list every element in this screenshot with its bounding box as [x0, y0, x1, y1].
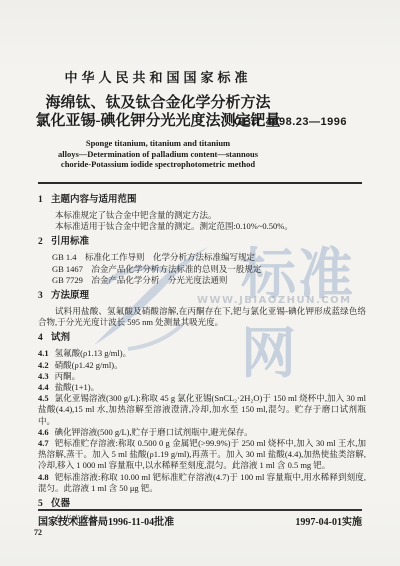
clause-4.3: 4.3丙酮。	[38, 371, 366, 382]
national-standard-label: 中华人民共和国国家标准	[28, 67, 288, 86]
header-rule	[38, 182, 362, 184]
clause-4.2: 4.2硝酸(ρ1.42 g/ml)。	[38, 360, 366, 371]
document-page: 标准网 WWW.JBIAOZHUN.COM 中华人民共和国国家标准 海绵钛、钛及…	[0, 0, 400, 566]
section-heading: 2引用标准	[38, 237, 366, 248]
clause-number: 4.3	[38, 371, 49, 381]
clause-number: 4.1	[38, 348, 49, 358]
clause-number: 4.5	[38, 393, 49, 403]
section-number: 2	[38, 237, 51, 248]
section-number: 4	[38, 333, 51, 344]
section-heading: 1主题内容与适用范围	[38, 195, 366, 206]
implementation-note: 1997-04-01实施	[295, 513, 362, 528]
footer: 国家技术监督局1996-11-04批准 1997-04-01实施	[38, 513, 362, 528]
paragraph: 本标准规定了钛合金中钯含量的测定方法。	[38, 210, 366, 221]
approval-note: 国家技术监督局1996-11-04批准	[38, 513, 174, 528]
section-heading: 4试剂	[38, 333, 366, 344]
clause-4.1: 4.1氢氟酸(ρ1.13 g/ml)。	[38, 348, 366, 359]
clause-number: 4.7	[38, 438, 49, 448]
section-4: 4试剂4.1氢氟酸(ρ1.13 g/ml)。4.2硝酸(ρ1.42 g/ml)。…	[38, 333, 366, 494]
clause-number: 4.8	[38, 472, 49, 482]
footer-rule	[38, 509, 362, 511]
title-chinese-line1: 海绵钛、钛及钛合金化学分析方法	[8, 94, 308, 112]
title-english-line1: Sponge titanium, titanium and titanium	[8, 138, 308, 149]
title-english-line2: alloys—Determination of palladium conten…	[8, 149, 308, 160]
section-3: 3方法原理试料用盐酸、氢氟酸及硝酸溶解,在丙酮存在下,钯与氯化亚锡-碘化钾形成蓝…	[38, 291, 366, 328]
clause-4.4: 4.4盐酸(1+1)。	[38, 382, 366, 393]
section-heading: 3方法原理	[38, 291, 366, 302]
sections: 1主题内容与适用范围本标准规定了钛合金中钯含量的测定方法。本标准适用于钛合金中钯…	[38, 190, 366, 525]
page-number: 72	[34, 528, 42, 537]
standard-number: GB/T 4698.23—1996	[234, 116, 347, 128]
clause-4.8: 4.8钯标准溶液:称取 10.00 ml 钯标准贮存溶液(4.7)于 100 m…	[38, 472, 366, 494]
section-2: 2引用标准GB 1.4 标准化工作导则 化学分析方法标准编写规定GB 1467 …	[38, 237, 366, 286]
title-english-line3: choride-Potassium iodide spectrophotomet…	[8, 159, 308, 170]
section-1: 1主题内容与适用范围本标准规定了钛合金中钯含量的测定方法。本标准适用于钛合金中钯…	[38, 195, 366, 232]
section-number: 1	[38, 195, 51, 206]
clause-4.7: 4.7钯标准贮存溶液:称取 0.500 0 g 金属钯(>99.9%)于 250…	[38, 438, 366, 472]
section-number: 3	[38, 291, 51, 302]
clause-4.6: 4.6碘化钾溶液(500 g/L),贮存于磨口试剂瓶中,避光保存。	[38, 427, 366, 438]
paragraph: GB 1.4 标准化工作导则 化学分析方法标准编写规定	[38, 252, 366, 263]
paragraph: GB 1467 冶金产品化学分析方法标准的总则及一般规定	[38, 264, 366, 275]
clause-number: 4.2	[38, 360, 49, 370]
paragraph: 本标准适用于钛合金中钯含量的测定。测定范围:0.10%~0.50%。	[38, 221, 366, 232]
clause-number: 4.4	[38, 382, 49, 392]
clause-4.5: 4.5氯化亚锡溶液(300 g/L):称取 45 g 氯化亚锡(SnCL₂·2H…	[38, 393, 366, 427]
paragraph: 试料用盐酸、氢氟酸及硝酸溶解,在丙酮存在下,钯与氯化亚锡-碘化钾形成蓝绿色络合物…	[38, 306, 366, 328]
clause-number: 4.6	[38, 427, 49, 437]
title-english: Sponge titanium, titanium and titanium a…	[8, 138, 308, 170]
paragraph: GB 7729 冶金产品化学分析 分光光度法通则	[38, 275, 366, 286]
